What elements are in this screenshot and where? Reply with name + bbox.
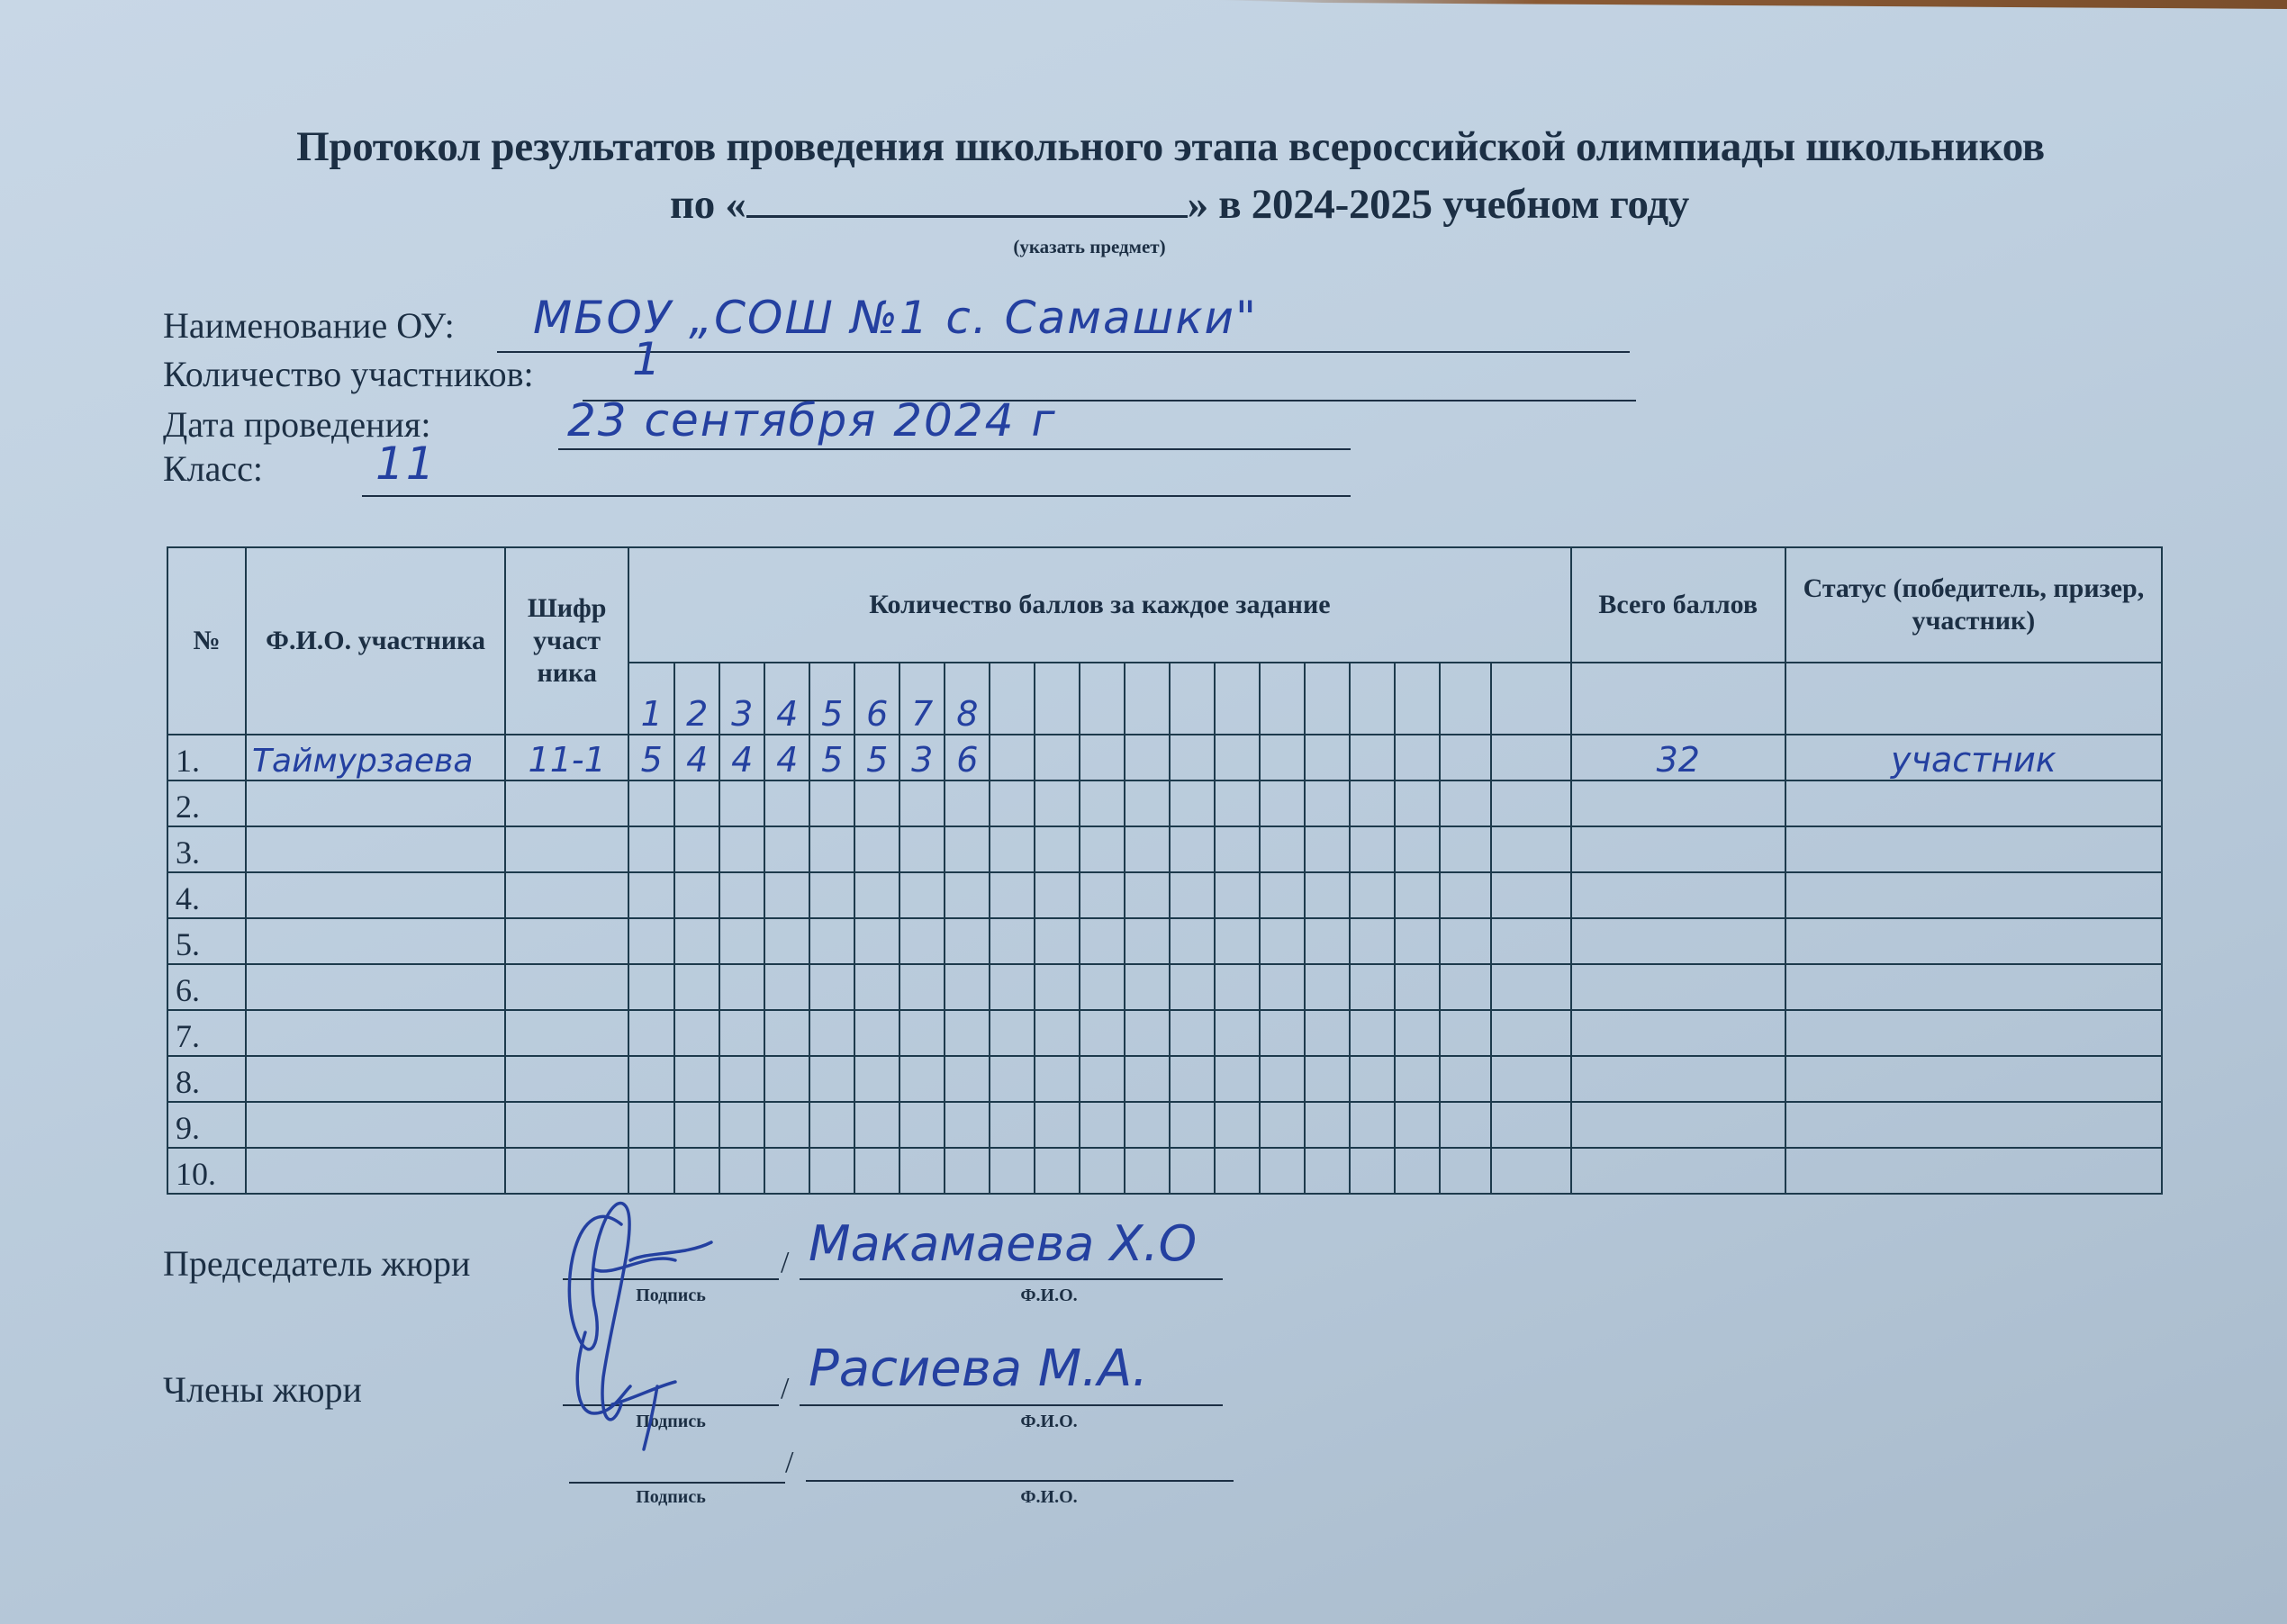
- total-score-cell[interactable]: [1571, 964, 1785, 1010]
- task-score-cell[interactable]: [764, 872, 809, 918]
- task-score-cell[interactable]: [945, 780, 990, 826]
- task-score-cell[interactable]: [945, 872, 990, 918]
- header-name: Ф.И.О. участника: [246, 547, 505, 735]
- task-score-cell[interactable]: [1491, 1102, 1570, 1148]
- task-score-cell[interactable]: [899, 1056, 945, 1102]
- chair-label: Председатель жюри: [163, 1242, 470, 1285]
- task-score-cell[interactable]: [1170, 826, 1215, 872]
- task-score-cell[interactable]: [809, 964, 854, 1010]
- status-cell[interactable]: [1785, 826, 2162, 872]
- task-score-cell[interactable]: [1080, 735, 1125, 780]
- participants-count-label: Количество участников:: [163, 353, 534, 395]
- task-score-cell[interactable]: [1125, 826, 1170, 872]
- task-score-cell[interactable]: [628, 1056, 674, 1102]
- task-score-cell[interactable]: [1170, 1010, 1215, 1056]
- task-score-cell[interactable]: [854, 1010, 899, 1056]
- subtitle-suffix: » в 2024-2025 учебном году: [1188, 181, 1689, 228]
- total-score-cell[interactable]: 32: [1571, 735, 1785, 780]
- task-score-cell[interactable]: [1305, 1148, 1350, 1194]
- task-number-cell: 6: [854, 663, 899, 735]
- task-score-cell[interactable]: [764, 1056, 809, 1102]
- task-score-cell[interactable]: [1035, 918, 1080, 964]
- task-score-cell[interactable]: [899, 964, 945, 1010]
- task-score-cell[interactable]: [764, 918, 809, 964]
- task-score-cell[interactable]: [1440, 964, 1491, 1010]
- task-score-cell[interactable]: [1491, 1148, 1570, 1194]
- task-number-cell: [1305, 663, 1350, 735]
- task-score-cell[interactable]: 4: [674, 735, 719, 780]
- task-score-cell[interactable]: [764, 1102, 809, 1148]
- table-row: 2.: [167, 780, 2162, 826]
- table-surface-edge: [1216, 0, 2287, 9]
- task-score-cell[interactable]: [1125, 735, 1170, 780]
- task-score-cell[interactable]: [1125, 1010, 1170, 1056]
- task-score-cell[interactable]: [854, 872, 899, 918]
- subtitle-prefix: по «: [670, 181, 746, 228]
- header-status: Статус (победитель, призер, участник): [1785, 547, 2162, 663]
- task-score-cell[interactable]: 5: [628, 735, 674, 780]
- participant-name-cell[interactable]: [246, 1010, 505, 1056]
- task-score-cell[interactable]: 4: [764, 735, 809, 780]
- task-score-cell[interactable]: [1491, 780, 1570, 826]
- table-row: 9.: [167, 1102, 2162, 1148]
- participant-code-cell[interactable]: 11-1: [505, 735, 628, 780]
- task-score-cell[interactable]: [674, 918, 719, 964]
- task-score-cell[interactable]: [719, 1056, 764, 1102]
- task-score-cell[interactable]: [1305, 1056, 1350, 1102]
- table-row: 7.: [167, 1010, 2162, 1056]
- task-score-cell[interactable]: [1350, 872, 1395, 918]
- subject-field[interactable]: [746, 185, 1188, 218]
- row-number: 10.: [167, 1148, 246, 1194]
- task-score-cell[interactable]: [945, 1056, 990, 1102]
- task-score-cell[interactable]: [1125, 1102, 1170, 1148]
- task-score-cell[interactable]: [1350, 1056, 1395, 1102]
- task-score-cell[interactable]: 5: [809, 735, 854, 780]
- chair-name-field[interactable]: Макамаева Х.О: [800, 1242, 1223, 1280]
- task-score-cell[interactable]: [719, 826, 764, 872]
- task-score-cell[interactable]: [1350, 1102, 1395, 1148]
- task-score-cell[interactable]: 3: [899, 735, 945, 780]
- task-score-cell[interactable]: [1215, 1010, 1260, 1056]
- task-score-cell[interactable]: [945, 1148, 990, 1194]
- separator: /: [785, 1446, 793, 1480]
- task-score-cell[interactable]: [945, 826, 990, 872]
- participant-code-cell[interactable]: [505, 1102, 628, 1148]
- task-number-cell: [1260, 663, 1305, 735]
- participant-code-cell[interactable]: [505, 826, 628, 872]
- task-score-cell[interactable]: [1440, 1056, 1491, 1102]
- task-score-cell[interactable]: [1035, 1010, 1080, 1056]
- task-score-cell[interactable]: [1305, 872, 1350, 918]
- task-score-cell[interactable]: [990, 1056, 1035, 1102]
- header-total: Всего баллов: [1571, 547, 1785, 663]
- participant-code-cell[interactable]: [505, 1056, 628, 1102]
- participant-name-cell[interactable]: [246, 780, 505, 826]
- task-score-cell[interactable]: [1260, 964, 1305, 1010]
- task-score-cell[interactable]: [1305, 826, 1350, 872]
- status-cell[interactable]: участник: [1785, 735, 2162, 780]
- task-score-cell[interactable]: [674, 826, 719, 872]
- status-subheader-cell: [1785, 663, 2162, 735]
- task-score-cell[interactable]: [899, 1010, 945, 1056]
- task-score-cell[interactable]: [1440, 780, 1491, 826]
- task-score-cell[interactable]: [719, 1010, 764, 1056]
- task-score-cell[interactable]: [628, 1102, 674, 1148]
- task-score-cell[interactable]: [1395, 872, 1440, 918]
- task-score-cell[interactable]: [1080, 1148, 1125, 1194]
- task-score-cell[interactable]: [1215, 1056, 1260, 1102]
- school-name-field[interactable]: МБОУ „СОШ №1 с. Самашки": [497, 306, 1630, 353]
- task-score-cell[interactable]: [1440, 826, 1491, 872]
- document-subtitle: по «» в 2024-2025 учебном году: [36, 180, 2287, 229]
- task-score-cell[interactable]: [1035, 735, 1080, 780]
- task-score-cell[interactable]: [990, 735, 1035, 780]
- task-score-cell[interactable]: [674, 964, 719, 1010]
- header-number: №: [167, 547, 246, 735]
- task-score-cell[interactable]: [1035, 1148, 1080, 1194]
- header-tasks: Количество баллов за каждое задание: [628, 547, 1571, 663]
- document-title: Протокол результатов проведения школьног…: [27, 122, 2287, 171]
- task-score-cell[interactable]: [1260, 826, 1305, 872]
- task-score-cell[interactable]: [1395, 1056, 1440, 1102]
- task-score-cell[interactable]: [1260, 735, 1305, 780]
- chair-name-value: Макамаева Х.О: [809, 1215, 1197, 1272]
- task-score-cell[interactable]: [628, 964, 674, 1010]
- task-score-cell[interactable]: [990, 826, 1035, 872]
- task-number-cell: [1170, 663, 1215, 735]
- status-cell[interactable]: [1785, 872, 2162, 918]
- task-score-cell[interactable]: [1395, 964, 1440, 1010]
- task-score-cell[interactable]: [1035, 826, 1080, 872]
- task-score-cell[interactable]: [854, 1056, 899, 1102]
- status-cell[interactable]: [1785, 1102, 2162, 1148]
- table-row: 8.: [167, 1056, 2162, 1102]
- task-number-cell: 3: [719, 663, 764, 735]
- row-number: 5.: [167, 918, 246, 964]
- participant-name-cell[interactable]: [246, 918, 505, 964]
- task-score-cell[interactable]: [990, 1102, 1035, 1148]
- status-cell[interactable]: [1785, 1056, 2162, 1102]
- task-score-cell[interactable]: [854, 826, 899, 872]
- task-score-cell[interactable]: [1035, 1102, 1080, 1148]
- task-score-cell[interactable]: [809, 826, 854, 872]
- task-score-cell[interactable]: [1125, 780, 1170, 826]
- task-score-cell[interactable]: [719, 918, 764, 964]
- task-score-cell[interactable]: [1035, 780, 1080, 826]
- task-score-cell[interactable]: [1080, 780, 1125, 826]
- participant-code-cell[interactable]: [505, 964, 628, 1010]
- participant-name-cell[interactable]: Таймурзаева: [246, 735, 505, 780]
- participant-code-cell[interactable]: [505, 872, 628, 918]
- task-score-cell[interactable]: [1491, 964, 1570, 1010]
- row-number: 6.: [167, 964, 246, 1010]
- participant-code-cell[interactable]: [505, 780, 628, 826]
- task-score-cell[interactable]: [1350, 1148, 1395, 1194]
- table-row: 5.: [167, 918, 2162, 964]
- total-score-cell[interactable]: [1571, 1010, 1785, 1056]
- date-field[interactable]: 23 сентября 2024 г: [558, 405, 1351, 450]
- status-cell[interactable]: [1785, 964, 2162, 1010]
- task-score-cell[interactable]: [1350, 1010, 1395, 1056]
- school-name-label: Наименование ОУ:: [163, 304, 455, 347]
- task-score-cell[interactable]: [1305, 918, 1350, 964]
- task-score-cell[interactable]: [1170, 872, 1215, 918]
- task-score-cell[interactable]: [1260, 1102, 1305, 1148]
- task-score-cell[interactable]: [1440, 918, 1491, 964]
- task-score-cell[interactable]: [628, 872, 674, 918]
- task-score-cell[interactable]: [1125, 1148, 1170, 1194]
- task-score-cell[interactable]: [1440, 1010, 1491, 1056]
- member1-name-value: Расиева М.А.: [809, 1340, 1148, 1398]
- task-score-cell[interactable]: [854, 918, 899, 964]
- task-score-cell[interactable]: [945, 1010, 990, 1056]
- participants-count-value: 1: [632, 333, 663, 385]
- task-score-cell[interactable]: [809, 872, 854, 918]
- task-score-cell[interactable]: [1170, 735, 1215, 780]
- status-cell[interactable]: [1785, 918, 2162, 964]
- task-number-cell: 7: [899, 663, 945, 735]
- status-cell[interactable]: [1785, 1148, 2162, 1194]
- task-score-cell[interactable]: [1305, 964, 1350, 1010]
- row-number: 1.: [167, 735, 246, 780]
- task-score-cell[interactable]: [1440, 735, 1491, 780]
- participant-name-cell[interactable]: [246, 826, 505, 872]
- task-score-cell[interactable]: [1491, 918, 1570, 964]
- task-score-cell[interactable]: [1215, 964, 1260, 1010]
- task-score-cell[interactable]: [945, 964, 990, 1010]
- task-score-cell[interactable]: [1080, 964, 1125, 1010]
- task-score-cell[interactable]: [1215, 872, 1260, 918]
- name-caption: Ф.И.О.: [945, 1286, 1153, 1306]
- task-score-cell[interactable]: [674, 780, 719, 826]
- participant-name-cell[interactable]: [246, 1148, 505, 1194]
- task-number-cell: 8: [945, 663, 990, 735]
- name-caption: Ф.И.О.: [945, 1412, 1153, 1432]
- status-cell[interactable]: [1785, 1010, 2162, 1056]
- task-score-cell[interactable]: [1125, 1056, 1170, 1102]
- separator: /: [781, 1246, 789, 1280]
- participant-name-cell[interactable]: [246, 1056, 505, 1102]
- task-score-cell[interactable]: [1215, 1148, 1260, 1194]
- task-score-cell[interactable]: [809, 1148, 854, 1194]
- task-score-cell[interactable]: [1215, 1102, 1260, 1148]
- task-score-cell[interactable]: [899, 1102, 945, 1148]
- task-score-cell[interactable]: [990, 918, 1035, 964]
- task-score-cell[interactable]: [1080, 1010, 1125, 1056]
- task-score-cell[interactable]: 4: [719, 735, 764, 780]
- subject-hint: (указать предмет): [999, 236, 1180, 258]
- task-score-cell[interactable]: [990, 1148, 1035, 1194]
- task-score-cell[interactable]: [1035, 964, 1080, 1010]
- grade-value: 11: [375, 438, 437, 490]
- task-score-cell[interactable]: [1080, 826, 1125, 872]
- task-score-cell[interactable]: [1305, 1102, 1350, 1148]
- participant-code-cell[interactable]: [505, 1010, 628, 1056]
- task-score-cell[interactable]: [1491, 1056, 1570, 1102]
- total-score-cell[interactable]: [1571, 780, 1785, 826]
- task-score-cell[interactable]: [1215, 780, 1260, 826]
- task-score-cell[interactable]: [1125, 918, 1170, 964]
- task-score-cell[interactable]: [1125, 872, 1170, 918]
- date-value: 23 сентября 2024 г: [567, 394, 1057, 447]
- task-score-cell[interactable]: [719, 1102, 764, 1148]
- task-score-cell[interactable]: [1491, 872, 1570, 918]
- task-score-cell[interactable]: [1260, 1056, 1305, 1102]
- task-score-cell[interactable]: [1491, 735, 1570, 780]
- task-score-cell[interactable]: [1260, 1010, 1305, 1056]
- members-label: Члены жюри: [163, 1368, 362, 1411]
- task-score-cell[interactable]: [1491, 1010, 1570, 1056]
- task-score-cell[interactable]: [899, 872, 945, 918]
- row-number: 7.: [167, 1010, 246, 1056]
- task-number-cell: 5: [809, 663, 854, 735]
- row-number: 9.: [167, 1102, 246, 1148]
- total-score-cell[interactable]: [1571, 1056, 1785, 1102]
- task-score-cell[interactable]: [1395, 918, 1440, 964]
- task-score-cell[interactable]: [1260, 872, 1305, 918]
- total-score-cell[interactable]: [1571, 826, 1785, 872]
- task-score-cell[interactable]: [809, 918, 854, 964]
- task-score-cell[interactable]: [899, 1148, 945, 1194]
- participant-name-cell[interactable]: [246, 1102, 505, 1148]
- task-score-cell[interactable]: [1395, 735, 1440, 780]
- task-score-cell[interactable]: [1215, 735, 1260, 780]
- task-score-cell[interactable]: [1350, 918, 1395, 964]
- task-score-cell[interactable]: [1350, 780, 1395, 826]
- task-score-cell[interactable]: [1215, 918, 1260, 964]
- row-number: 4.: [167, 872, 246, 918]
- task-score-cell[interactable]: [719, 964, 764, 1010]
- task-number-cell: [1440, 663, 1491, 735]
- task-score-cell[interactable]: 6: [945, 735, 990, 780]
- task-score-cell[interactable]: [990, 1010, 1035, 1056]
- task-score-cell[interactable]: [945, 918, 990, 964]
- total-score-cell[interactable]: [1571, 918, 1785, 964]
- task-score-cell[interactable]: [1080, 918, 1125, 964]
- participant-code-cell[interactable]: [505, 918, 628, 964]
- task-score-cell[interactable]: [1170, 918, 1215, 964]
- task-score-cell[interactable]: [1035, 1056, 1080, 1102]
- task-score-cell[interactable]: [1260, 1148, 1305, 1194]
- task-score-cell[interactable]: [1170, 1148, 1215, 1194]
- task-score-cell[interactable]: [1080, 1102, 1125, 1148]
- task-score-cell[interactable]: [1440, 1102, 1491, 1148]
- task-score-cell[interactable]: [990, 872, 1035, 918]
- task-score-cell[interactable]: [1350, 964, 1395, 1010]
- task-score-cell[interactable]: [1080, 872, 1125, 918]
- task-score-cell[interactable]: [854, 1102, 899, 1148]
- task-score-cell[interactable]: [1305, 735, 1350, 780]
- member1-name-field[interactable]: Расиева М.А.: [800, 1368, 1223, 1406]
- task-score-cell[interactable]: [628, 918, 674, 964]
- task-score-cell[interactable]: [1440, 1148, 1491, 1194]
- status-cell[interactable]: [1785, 780, 2162, 826]
- task-score-cell[interactable]: [1170, 964, 1215, 1010]
- task-score-cell[interactable]: [764, 826, 809, 872]
- task-score-cell[interactable]: [899, 918, 945, 964]
- task-score-cell[interactable]: [1350, 735, 1395, 780]
- task-score-cell[interactable]: [1260, 780, 1305, 826]
- participant-name-cell[interactable]: [246, 872, 505, 918]
- separator: /: [781, 1372, 789, 1406]
- task-number-cell: [1395, 663, 1440, 735]
- task-score-cell[interactable]: [1170, 1102, 1215, 1148]
- task-score-cell[interactable]: [764, 780, 809, 826]
- grade-field[interactable]: 11: [362, 450, 1351, 497]
- task-score-cell[interactable]: [674, 1056, 719, 1102]
- task-score-cell[interactable]: [899, 826, 945, 872]
- task-score-cell[interactable]: [628, 826, 674, 872]
- header-code: Шифр участ ника: [505, 547, 628, 735]
- task-score-cell[interactable]: [764, 964, 809, 1010]
- task-score-cell[interactable]: [1395, 826, 1440, 872]
- task-score-cell[interactable]: [854, 780, 899, 826]
- task-score-cell[interactable]: [1170, 1056, 1215, 1102]
- total-score-cell[interactable]: [1571, 1102, 1785, 1148]
- table-row: 4.: [167, 872, 2162, 918]
- task-score-cell[interactable]: [1215, 826, 1260, 872]
- results-table: № Ф.И.О. участника Шифр участ ника Колич…: [167, 546, 2163, 1195]
- task-score-cell[interactable]: [1125, 964, 1170, 1010]
- row-number: 8.: [167, 1056, 246, 1102]
- task-score-cell[interactable]: [990, 780, 1035, 826]
- task-score-cell[interactable]: [628, 1010, 674, 1056]
- table-row: 10.: [167, 1148, 2162, 1194]
- task-score-cell[interactable]: [1350, 826, 1395, 872]
- task-score-cell[interactable]: [1395, 780, 1440, 826]
- participant-name-cell[interactable]: [246, 964, 505, 1010]
- task-score-cell[interactable]: 5: [854, 735, 899, 780]
- task-score-cell[interactable]: [945, 1102, 990, 1148]
- task-score-cell[interactable]: [1035, 872, 1080, 918]
- task-score-cell[interactable]: [1395, 1102, 1440, 1148]
- task-score-cell[interactable]: [809, 780, 854, 826]
- task-score-cell[interactable]: [1260, 918, 1305, 964]
- task-score-cell[interactable]: [719, 780, 764, 826]
- task-number-cell: [1125, 663, 1170, 735]
- task-score-cell[interactable]: [899, 780, 945, 826]
- task-score-cell[interactable]: [1491, 826, 1570, 872]
- task-score-cell[interactable]: [719, 872, 764, 918]
- total-score-cell[interactable]: [1571, 1148, 1785, 1194]
- task-score-cell[interactable]: [764, 1010, 809, 1056]
- table-row: 3.: [167, 826, 2162, 872]
- task-score-cell[interactable]: [1080, 1056, 1125, 1102]
- grade-label: Класс:: [163, 447, 263, 490]
- task-score-cell[interactable]: [990, 964, 1035, 1010]
- task-score-cell[interactable]: [854, 1148, 899, 1194]
- member2-name-field[interactable]: [806, 1444, 1234, 1482]
- task-score-cell[interactable]: [809, 1056, 854, 1102]
- signature-caption: Подпись: [612, 1487, 729, 1508]
- task-score-cell[interactable]: [1170, 780, 1215, 826]
- task-score-cell[interactable]: [1395, 1148, 1440, 1194]
- task-score-cell[interactable]: [674, 872, 719, 918]
- task-score-cell[interactable]: [674, 1010, 719, 1056]
- task-score-cell[interactable]: [674, 1102, 719, 1148]
- task-score-cell[interactable]: [809, 1102, 854, 1148]
- task-score-cell[interactable]: [809, 1010, 854, 1056]
- total-score-cell[interactable]: [1571, 872, 1785, 918]
- task-number-cell: [1080, 663, 1125, 735]
- task-score-cell[interactable]: [1305, 1010, 1350, 1056]
- task-score-cell[interactable]: [1305, 780, 1350, 826]
- task-score-cell[interactable]: [1440, 872, 1491, 918]
- task-score-cell[interactable]: [628, 780, 674, 826]
- task-score-cell[interactable]: [1395, 1010, 1440, 1056]
- task-score-cell[interactable]: [854, 964, 899, 1010]
